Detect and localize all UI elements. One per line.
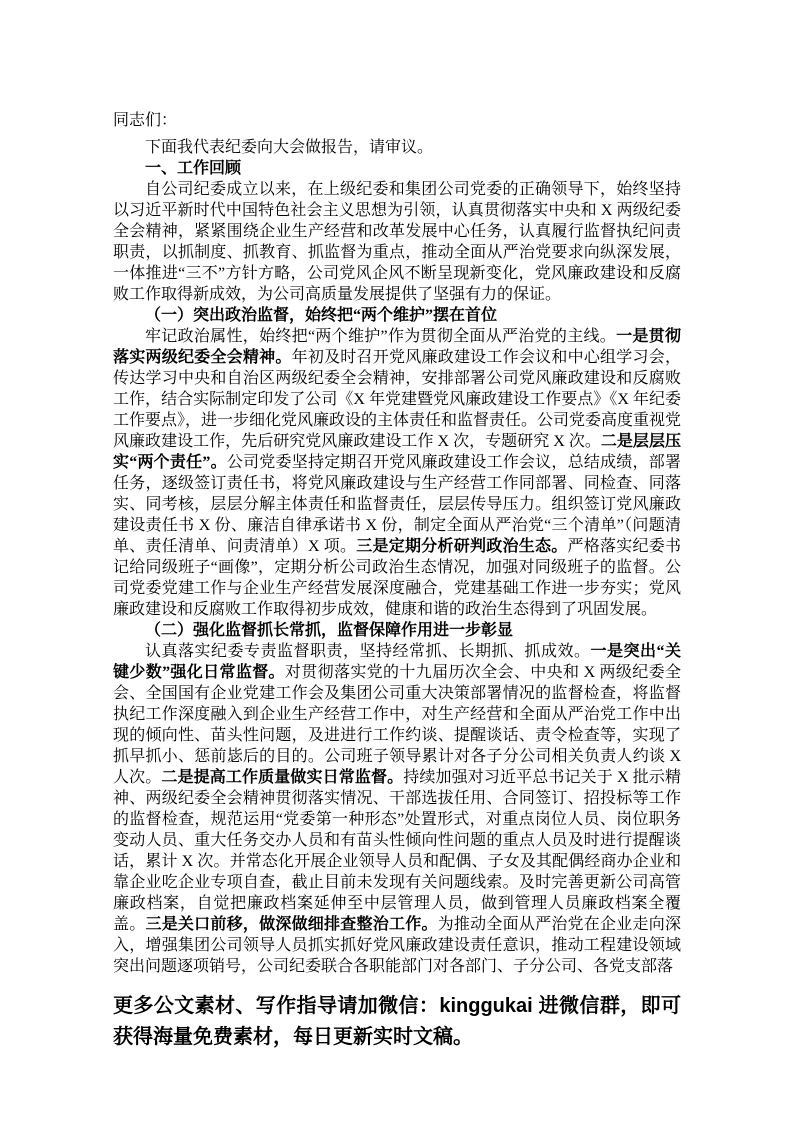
intro-paragraph: 下面我代表纪委向大会做报告，请审议。 bbox=[113, 137, 681, 158]
text-run: 更多公文素材、写作指导请加微信：kinggukai 进微信群，即可获得海量免费素… bbox=[113, 995, 681, 1048]
text-run: 对贯彻落实党的十九届历次全会、中央和 X 两级纪委全会、全国国有企业党建工作会及… bbox=[113, 664, 681, 786]
section-heading: 一、工作回顾 bbox=[113, 158, 681, 179]
document-content: 同志们：下面我代表纪委向大会做报告，请审议。一、工作回顾自公司纪委成立以来，在上… bbox=[113, 110, 681, 1053]
paragraph: 牢记政治属性，始终把“两个维护”作为贯彻全面从严治党的主线。一是贯彻落实两级纪委… bbox=[113, 326, 681, 620]
paragraph: 认真落实纪委专责监督职责，坚持经常抓、长期抓、抓成效。一是突出“关键少数”强化日… bbox=[113, 641, 681, 977]
text-run: 认真落实纪委专责监督职责，坚持经常抓、长期抓、抓成效。 bbox=[145, 643, 590, 660]
text-run: 同志们： bbox=[113, 112, 177, 129]
text-run: （一）突出政治监督，始终把“两个维护”摆在首位 bbox=[145, 307, 497, 324]
sub-heading: （二）强化监督抓长常抓，监督保障作用进一步彰显 bbox=[113, 620, 681, 641]
promo-footer: 更多公文素材、写作指导请加微信：kinggukai 进微信群，即可获得海量免费素… bbox=[113, 991, 681, 1053]
text-run: 自公司纪委成立以来，在上级纪委和集团公司党委的正确领导下，始终坚持以习近平新时代… bbox=[113, 181, 681, 303]
text-run: 牢记政治属性，始终把“两个维护”作为贯彻全面从严治党的主线。 bbox=[145, 328, 616, 345]
text-run: 三是定期分析研判政治生态。 bbox=[356, 538, 567, 555]
sub-heading: （一）突出政治监督，始终把“两个维护”摆在首位 bbox=[113, 305, 681, 326]
paragraph: 自公司纪委成立以来，在上级纪委和集团公司党委的正确领导下，始终坚持以习近平新时代… bbox=[113, 179, 681, 305]
text-run: （二）强化监督抓长常抓，监督保障作用进一步彰显 bbox=[145, 622, 513, 639]
salutation: 同志们： bbox=[113, 110, 681, 131]
document-page: 同志们：下面我代表纪委向大会做报告，请审议。一、工作回顾自公司纪委成立以来，在上… bbox=[0, 0, 793, 1122]
text-run: 二是提高工作质量做实日常监督。 bbox=[161, 769, 403, 786]
text-run: 三是关口前移，做深做细排查整治工作。 bbox=[145, 916, 437, 933]
text-run: 下面我代表纪委向大会做报告，请审议。 bbox=[145, 139, 433, 156]
text-run: 持续加强对习近平总书记关于 X 批示精神、两级纪委全会精神贯彻落实情况、干部选拔… bbox=[113, 769, 681, 933]
text-run: 一、工作回顾 bbox=[145, 160, 241, 177]
